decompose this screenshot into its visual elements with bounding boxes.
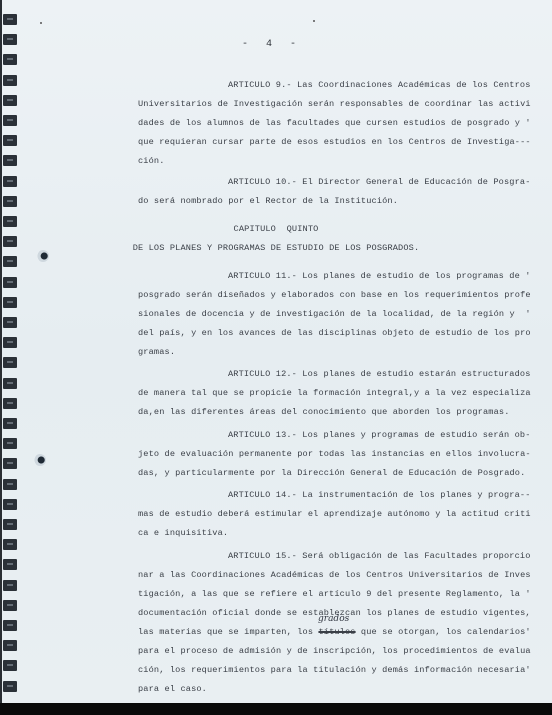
binding-tab [3,317,17,328]
binding-tab [3,337,17,348]
body-text-line: ción. [138,156,165,166]
body-text-line: ción, los requerimientos para la titulac… [138,665,531,675]
binding-tab [3,580,17,591]
article-heading-line: ARTICULO 14.- La instrumentación de los … [228,490,531,500]
binding-tab [3,458,17,469]
binding-tab [3,34,17,45]
binding-tab [3,277,17,288]
binding-tab [3,539,17,550]
speck [40,22,42,24]
body-text-line: jeto de evaluación permanente por todas … [138,449,531,459]
speck [313,20,315,22]
text-segment: que se otorgan, los calendarios' [356,627,531,637]
body-text-line: das, y particularmente por la Dirección … [138,468,525,478]
binding-tab [3,620,17,631]
article-heading-line: ARTICULO 10.- El Director General de Edu… [228,177,531,187]
binding-tab [3,681,17,692]
binding-tab [3,256,17,267]
binding-tab [3,438,17,449]
body-text-line: nar a las Coordinaciones Académicas de l… [138,570,531,580]
body-text-line: Universitarios de Investigación serán re… [138,99,531,109]
binding-tab [3,499,17,510]
binding-tab [3,660,17,671]
binding-tab [3,297,17,308]
scan-bottom-border [0,703,552,715]
body-text-line: dades de los alumnos de las facultades q… [138,118,531,128]
binding-tab [3,378,17,389]
binding-tab [3,75,17,86]
body-text-line: posgrado serán diseñados y elaborados co… [138,290,531,300]
text-segment: las materias que se imparten, los [138,627,318,637]
binding-tab [3,640,17,651]
binding-tab [3,519,17,530]
body-text-line: da,en las diferentes áreas del conocimie… [138,407,510,417]
chapter-heading: CAPITULO QUINTO [0,224,552,234]
binding-tab [3,95,17,106]
binding-tab [3,418,17,429]
body-text-line: ca e inquisitiva. [138,528,228,538]
body-text-line: para el proceso de admisión y de inscrip… [138,646,531,656]
page-left-edge [0,0,2,703]
binding-tab [3,559,17,570]
handwritten-correction: grados [318,614,349,624]
binding-tab [3,357,17,368]
binding-tab [3,196,17,207]
body-text-line: las materias que se imparten, los título… [138,627,531,637]
body-text-line: para el caso. [138,684,207,694]
body-text-line: que requieran cursar parte de esos estud… [138,137,531,147]
binding-tab [3,155,17,166]
article-heading-line: ARTICULO 15.- Será obligación de las Fac… [228,551,531,561]
body-text-line: gramas. [138,347,175,357]
punch-hole-bottom [34,454,46,466]
body-text-line: del país, y en los avances de las discip… [138,328,531,338]
struck-word: títulos [318,627,355,637]
article-heading-line: ARTICULO 12.- Los planes de estudio esta… [228,369,531,379]
page-number: - 4 - [242,39,302,50]
article-heading-line: ARTICULO 13.- Los planes y programas de … [228,430,531,440]
binding-tab [3,600,17,611]
article-heading-line: ARTICULO 11.- Los planes de estudio de l… [228,271,531,281]
body-text-line: tigación, a las que se refiere el artícu… [138,589,531,599]
chapter-heading: DE LOS PLANES Y PROGRAMAS DE ESTUDIO DE … [0,243,552,253]
binding-tab [3,54,17,65]
article-heading-line: ARTICULO 9.- Las Coordinaciones Académic… [228,80,531,90]
body-text-line: sionales de docencia y de investigación … [138,309,531,319]
body-text-line: de manera tal que se propicie la formaci… [138,388,531,398]
binding-tab [3,398,17,409]
document-page: - 4 - ARTICULO 9.- Las Coordinaciones Ac… [0,0,552,703]
binding-tab [3,115,17,126]
binding-tab [3,14,17,25]
binding-tab [3,176,17,187]
body-text-line: do será nombrado por el Rector de la Ins… [138,196,398,206]
body-text-line: mas de estudio deberá estimular el apren… [138,509,531,519]
binding-tab [3,479,17,490]
binding-tab [3,135,17,146]
